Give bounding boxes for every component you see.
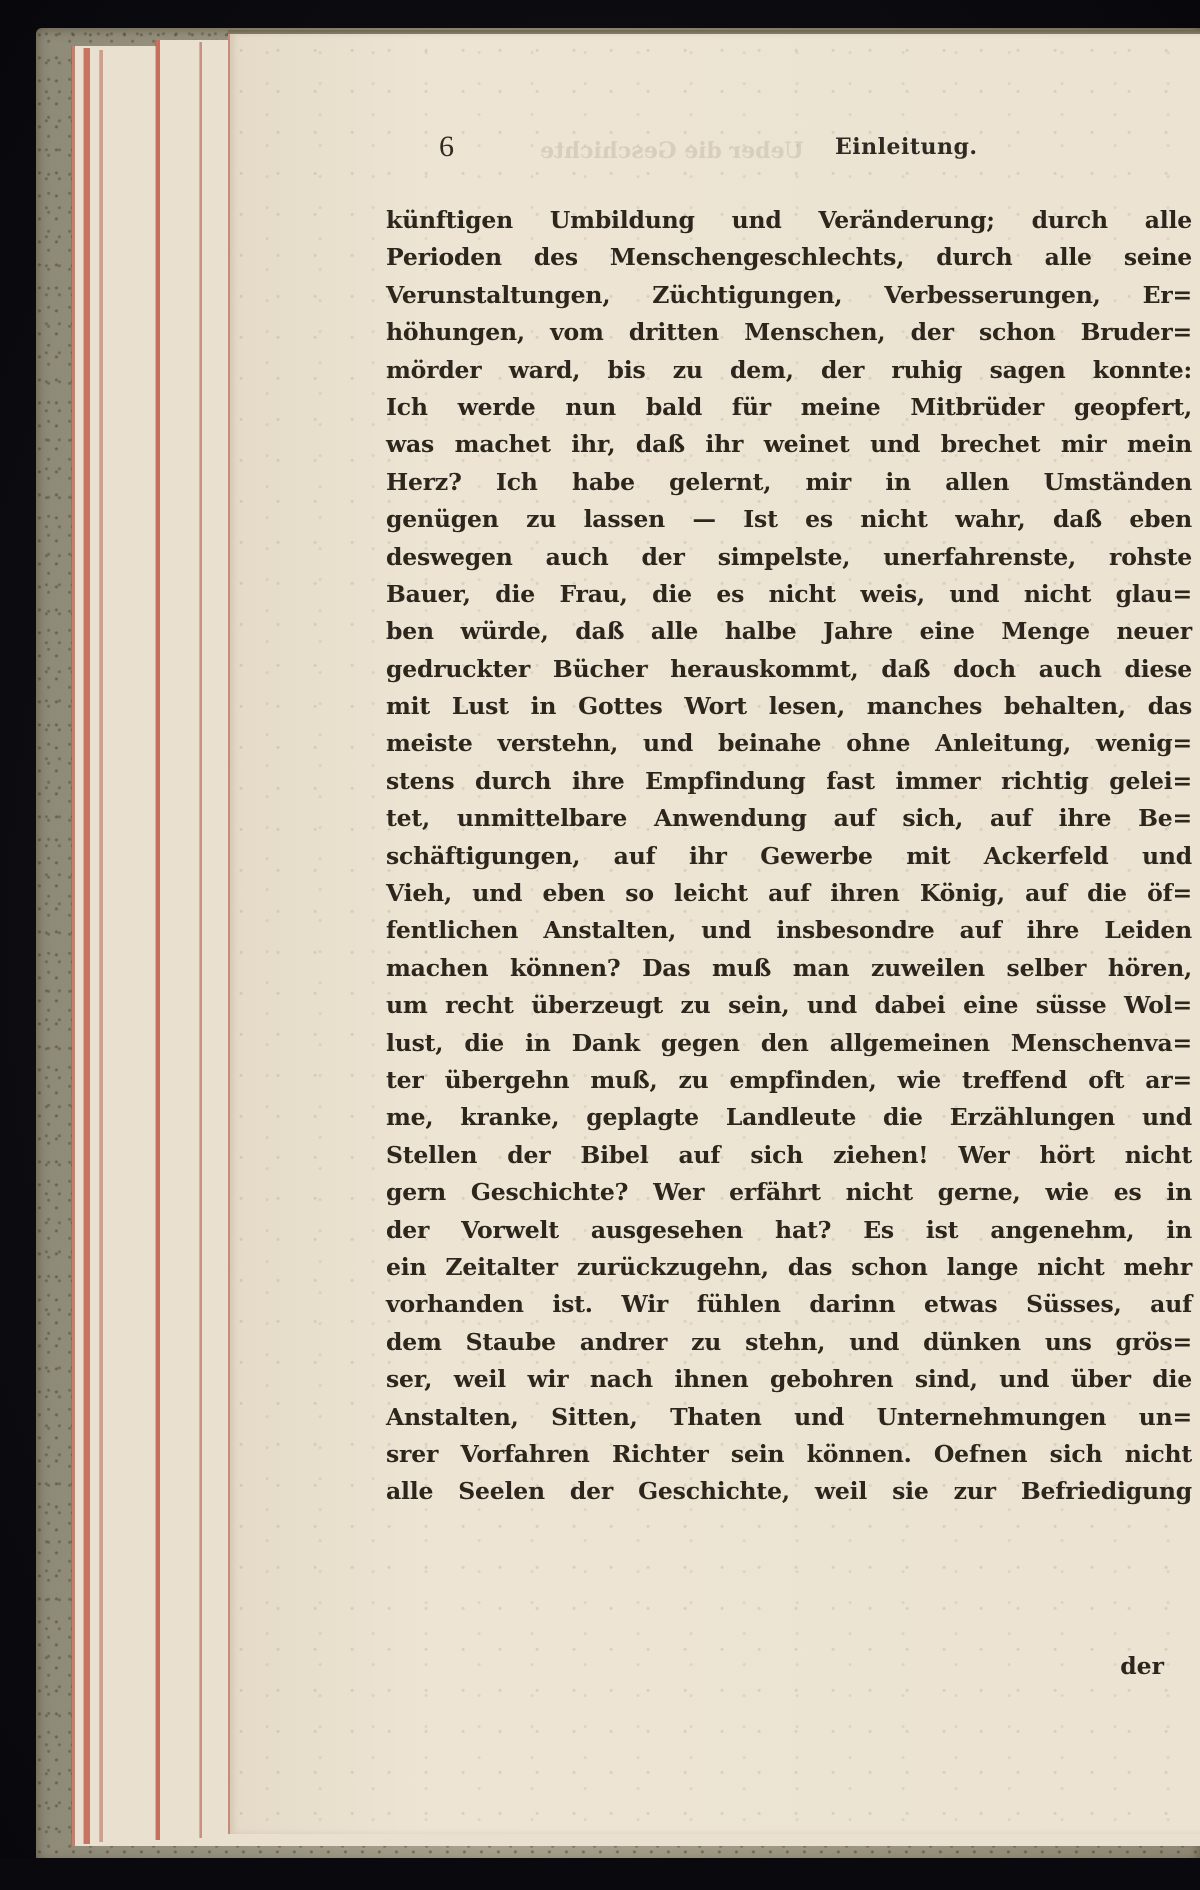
text-line: der Vorwelt ausgesehen hat? Es ist angen… <box>386 1212 1192 1249</box>
text-line: um recht überzeugt zu sein, und dabei ei… <box>386 987 1192 1024</box>
text-line: lust, die in Dank gegen den allgemeinen … <box>386 1025 1192 1062</box>
text-line: künftigen Umbildung und Veränderung; dur… <box>386 202 1192 239</box>
text-line: Bauer, die Frau, die es nicht weis, und … <box>386 576 1192 613</box>
text-line: Ich werde nun bald für meine Mitbrüder g… <box>386 389 1192 426</box>
page-header: 6 Ueber die Geschichte Einleitung. <box>230 128 1200 168</box>
text-line: was machet ihr, daß ihr weinet und brech… <box>386 426 1192 463</box>
catchword: der <box>1120 1652 1164 1680</box>
text-line: gedruckter Bücher herauskommt, daß doch … <box>386 651 1192 688</box>
text-line: Herz? Ich habe gelernt, mir in allen Ums… <box>386 464 1192 501</box>
text-line: meiste verstehn, und beinahe ohne Anleit… <box>386 725 1192 762</box>
running-head: Einleitung. <box>835 134 978 160</box>
text-line: höhungen, vom dritten Menschen, der scho… <box>386 314 1192 351</box>
text-line: schäftigungen, auf ihr Gewerbe mit Acker… <box>386 838 1192 875</box>
page-number: 6 <box>439 130 454 164</box>
text-line: Anstalten, Sitten, Thaten und Unternehmu… <box>386 1399 1192 1436</box>
text-line: Vieh, und eben so leicht auf ihren König… <box>386 875 1192 912</box>
text-line: Verunstaltungen, Züchtigungen, Verbesser… <box>386 277 1192 314</box>
text-line: stens durch ihre Empfindung fast immer r… <box>386 763 1192 800</box>
text-line: Stellen der Bibel auf sich ziehen! Wer h… <box>386 1137 1192 1174</box>
body-text: künftigen Umbildung und Veränderung; dur… <box>386 202 1192 1511</box>
text-line: me, kranke, geplagte Landleute die Erzäh… <box>386 1099 1192 1136</box>
text-line: vorhanden ist. Wir fühlen darinn etwas S… <box>386 1286 1192 1323</box>
text-line: genügen zu lassen — Ist es nicht wahr, d… <box>386 501 1192 538</box>
background-bottom <box>0 1858 1200 1890</box>
text-line: mörder ward, bis zu dem, der ruhig sagen… <box>386 352 1192 389</box>
scan-scene: 6 Ueber die Geschichte Einleitung. künft… <box>0 0 1200 1890</box>
text-line: dem Staube andrer zu stehn, und dünken u… <box>386 1324 1192 1361</box>
text-line: mit Lust in Gottes Wort lesen, manches b… <box>386 688 1192 725</box>
text-line: machen können? Das muß man zuweilen selb… <box>386 950 1192 987</box>
text-line: tet, unmittelbare Anwendung auf sich, au… <box>386 800 1192 837</box>
text-line: ben würde, daß alle halbe Jahre eine Men… <box>386 613 1192 650</box>
text-line: alle Seelen der Geschichte, weil sie zur… <box>386 1473 1192 1510</box>
text-line: srer Vorfahren Richter sein können. Oefn… <box>386 1436 1192 1473</box>
book-page: 6 Ueber die Geschichte Einleitung. künft… <box>228 34 1200 1834</box>
text-line: gern Geschichte? Wer erfährt nicht gerne… <box>386 1174 1192 1211</box>
bleed-through-text: Ueber die Geschichte <box>540 138 804 164</box>
text-line: ser, weil wir nach ihnen gebohren sind, … <box>386 1361 1192 1398</box>
text-line: Perioden des Menschengeschlechts, durch … <box>386 239 1192 276</box>
text-line: ein Zeitalter zurückzugehn, das schon la… <box>386 1249 1192 1286</box>
text-line: fentlichen Anstalten, und insbesondre au… <box>386 912 1192 949</box>
text-line: ter übergehn muß, zu empfinden, wie tref… <box>386 1062 1192 1099</box>
text-line: deswegen auch der simpelste, unerfahrens… <box>386 539 1192 576</box>
